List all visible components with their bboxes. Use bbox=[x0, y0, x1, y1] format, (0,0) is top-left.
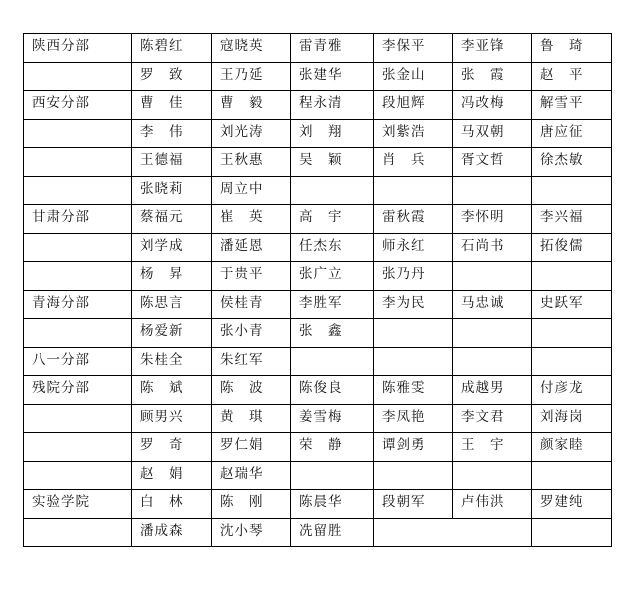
name-cell: 刘紫浩 bbox=[374, 119, 453, 148]
name-cell: 师永红 bbox=[374, 233, 453, 262]
name-cell bbox=[532, 262, 612, 291]
name-cell: 黄 琪 bbox=[212, 404, 291, 433]
name-cell: 朱桂全 bbox=[132, 347, 212, 376]
name-cell bbox=[453, 347, 532, 376]
name-cell: 曹 毅 bbox=[212, 91, 291, 120]
table-row: 残院分部陈 斌陈 波陈俊良陈雅雯成越男付彦龙 bbox=[24, 376, 612, 405]
name-cell: 冼留胜 bbox=[291, 518, 374, 547]
name-cell bbox=[453, 319, 532, 348]
name-cell: 雷秋霞 bbox=[374, 205, 453, 234]
table-row: 罗 奇罗仁娟荣 静谭剑勇王 宇颜家睦 bbox=[24, 433, 612, 462]
table-row: 西安分部曹 佳曹 毅程永清段旭辉冯改梅解雪平 bbox=[24, 91, 612, 120]
department-cell bbox=[24, 119, 132, 148]
name-cell: 周立中 bbox=[212, 176, 291, 205]
name-cell: 王 宇 bbox=[453, 433, 532, 462]
name-cell: 张金山 bbox=[374, 62, 453, 91]
table-row: 顾男兴黄 琪姜雪梅李凤艳李文君刘海岗 bbox=[24, 404, 612, 433]
name-cell: 张 霞 bbox=[453, 62, 532, 91]
name-cell bbox=[453, 262, 532, 291]
name-cell: 沈小琴 bbox=[212, 518, 291, 547]
department-cell: 残院分部 bbox=[24, 376, 132, 405]
name-cell bbox=[453, 461, 532, 490]
name-cell: 李 伟 bbox=[132, 119, 212, 148]
table-row: 实验学院白 林陈 刚陈晨华段朝军卢伟洪罗建纯 bbox=[24, 490, 612, 519]
name-cell: 李为民 bbox=[374, 290, 453, 319]
name-cell: 冯改梅 bbox=[453, 91, 532, 120]
name-cell: 张 鑫 bbox=[291, 319, 374, 348]
name-cell bbox=[374, 347, 453, 376]
name-cell: 石尚书 bbox=[453, 233, 532, 262]
name-cell bbox=[532, 461, 612, 490]
table-row: 杨 昇于贵平张广立张乃丹 bbox=[24, 262, 612, 291]
table-row: 甘肃分部蔡福元崔 英高 宇雷秋霞李怀明李兴福 bbox=[24, 205, 612, 234]
name-cell: 唐应征 bbox=[532, 119, 612, 148]
name-cell: 陈 刚 bbox=[212, 490, 291, 519]
name-cell bbox=[291, 347, 374, 376]
roster-body: 陕西分部陈碧红寇晓英雷青雅李保平李亚锋鲁 琦罗 致王乃延张建华张金山张 霞赵 平… bbox=[24, 34, 612, 547]
department-cell bbox=[24, 262, 132, 291]
table-row: 陕西分部陈碧红寇晓英雷青雅李保平李亚锋鲁 琦 bbox=[24, 34, 612, 63]
name-cell: 王秋惠 bbox=[212, 148, 291, 177]
department-cell bbox=[24, 404, 132, 433]
name-cell bbox=[532, 176, 612, 205]
name-cell: 段旭辉 bbox=[374, 91, 453, 120]
department-cell: 青海分部 bbox=[24, 290, 132, 319]
name-cell: 陈 斌 bbox=[132, 376, 212, 405]
name-cell: 赵 娟 bbox=[132, 461, 212, 490]
name-cell: 张乃丹 bbox=[374, 262, 453, 291]
name-cell bbox=[453, 176, 532, 205]
table-row: 李 伟刘光涛刘 翔刘紫浩马双朝唐应征 bbox=[24, 119, 612, 148]
name-cell: 谭剑勇 bbox=[374, 433, 453, 462]
name-cell: 赵 平 bbox=[532, 62, 612, 91]
name-cell bbox=[374, 461, 453, 490]
name-cell: 顾男兴 bbox=[132, 404, 212, 433]
name-cell: 卢伟洪 bbox=[453, 490, 532, 519]
name-cell bbox=[374, 518, 532, 547]
name-cell: 付彦龙 bbox=[532, 376, 612, 405]
name-cell: 李文君 bbox=[453, 404, 532, 433]
name-cell: 李保平 bbox=[374, 34, 453, 63]
name-cell: 颜家睦 bbox=[532, 433, 612, 462]
name-cell bbox=[532, 518, 612, 547]
name-cell: 段朝军 bbox=[374, 490, 453, 519]
name-cell: 刘 翔 bbox=[291, 119, 374, 148]
name-cell: 李怀明 bbox=[453, 205, 532, 234]
department-cell bbox=[24, 233, 132, 262]
name-cell: 寇晓英 bbox=[212, 34, 291, 63]
name-cell: 张广立 bbox=[291, 262, 374, 291]
name-cell: 陈 波 bbox=[212, 376, 291, 405]
name-cell: 胥文哲 bbox=[453, 148, 532, 177]
name-cell: 陈碧红 bbox=[132, 34, 212, 63]
name-cell: 鲁 琦 bbox=[532, 34, 612, 63]
department-cell: 陕西分部 bbox=[24, 34, 132, 63]
name-cell: 陈思言 bbox=[132, 290, 212, 319]
name-cell: 罗 奇 bbox=[132, 433, 212, 462]
department-cell bbox=[24, 62, 132, 91]
name-cell: 程永清 bbox=[291, 91, 374, 120]
department-cell bbox=[24, 319, 132, 348]
name-cell: 李凤艳 bbox=[374, 404, 453, 433]
name-cell: 解雪平 bbox=[532, 91, 612, 120]
department-cell bbox=[24, 148, 132, 177]
name-cell: 罗建纯 bbox=[532, 490, 612, 519]
name-cell: 潘延恩 bbox=[212, 233, 291, 262]
name-cell: 侯桂青 bbox=[212, 290, 291, 319]
name-cell: 马忠诚 bbox=[453, 290, 532, 319]
department-cell: 实验学院 bbox=[24, 490, 132, 519]
department-cell: 甘肃分部 bbox=[24, 205, 132, 234]
department-cell: 八一分部 bbox=[24, 347, 132, 376]
department-cell: 西安分部 bbox=[24, 91, 132, 120]
name-cell: 高 宇 bbox=[291, 205, 374, 234]
name-cell: 罗 致 bbox=[132, 62, 212, 91]
name-cell: 张建华 bbox=[291, 62, 374, 91]
name-cell: 蔡福元 bbox=[132, 205, 212, 234]
name-cell: 拓俊儒 bbox=[532, 233, 612, 262]
name-cell: 张小青 bbox=[212, 319, 291, 348]
name-cell: 陈雅雯 bbox=[374, 376, 453, 405]
table-row: 王德福王秋惠吴 颖肖 兵胥文哲徐杰敏 bbox=[24, 148, 612, 177]
table-row: 八一分部朱桂全朱红军 bbox=[24, 347, 612, 376]
name-cell bbox=[374, 176, 453, 205]
table-row: 青海分部陈思言侯桂青李胜军李为民马忠诚史跃军 bbox=[24, 290, 612, 319]
table-row: 潘成森沈小琴冼留胜 bbox=[24, 518, 612, 547]
name-cell bbox=[291, 461, 374, 490]
name-cell: 王乃延 bbox=[212, 62, 291, 91]
name-cell: 徐杰敏 bbox=[532, 148, 612, 177]
table-row: 张晓莉周立中 bbox=[24, 176, 612, 205]
name-cell: 陈俊良 bbox=[291, 376, 374, 405]
name-cell: 李胜军 bbox=[291, 290, 374, 319]
department-cell bbox=[24, 461, 132, 490]
name-cell bbox=[532, 319, 612, 348]
roster-table: 陕西分部陈碧红寇晓英雷青雅李保平李亚锋鲁 琦罗 致王乃延张建华张金山张 霞赵 平… bbox=[23, 33, 612, 547]
name-cell: 白 林 bbox=[132, 490, 212, 519]
table-row: 杨爱新张小青张 鑫 bbox=[24, 319, 612, 348]
name-cell: 杨 昇 bbox=[132, 262, 212, 291]
name-cell: 姜雪梅 bbox=[291, 404, 374, 433]
name-cell: 张晓莉 bbox=[132, 176, 212, 205]
name-cell: 史跃军 bbox=[532, 290, 612, 319]
department-cell bbox=[24, 433, 132, 462]
name-cell: 肖 兵 bbox=[374, 148, 453, 177]
name-cell bbox=[374, 319, 453, 348]
name-cell: 曹 佳 bbox=[132, 91, 212, 120]
name-cell: 于贵平 bbox=[212, 262, 291, 291]
name-cell bbox=[532, 347, 612, 376]
name-cell: 刘学成 bbox=[132, 233, 212, 262]
name-cell: 雷青雅 bbox=[291, 34, 374, 63]
table-row: 刘学成潘延恩任杰东师永红石尚书拓俊儒 bbox=[24, 233, 612, 262]
name-cell: 朱红军 bbox=[212, 347, 291, 376]
name-cell: 王德福 bbox=[132, 148, 212, 177]
name-cell: 马双朝 bbox=[453, 119, 532, 148]
name-cell: 赵瑞华 bbox=[212, 461, 291, 490]
name-cell: 陈晨华 bbox=[291, 490, 374, 519]
name-cell: 潘成森 bbox=[132, 518, 212, 547]
name-cell: 刘海岗 bbox=[532, 404, 612, 433]
name-cell: 罗仁娟 bbox=[212, 433, 291, 462]
department-cell bbox=[24, 176, 132, 205]
name-cell: 吴 颖 bbox=[291, 148, 374, 177]
name-cell: 李兴福 bbox=[532, 205, 612, 234]
name-cell: 李亚锋 bbox=[453, 34, 532, 63]
name-cell: 任杰东 bbox=[291, 233, 374, 262]
name-cell: 崔 英 bbox=[212, 205, 291, 234]
name-cell: 刘光涛 bbox=[212, 119, 291, 148]
table-row: 赵 娟赵瑞华 bbox=[24, 461, 612, 490]
table-row: 罗 致王乃延张建华张金山张 霞赵 平 bbox=[24, 62, 612, 91]
name-cell: 荣 静 bbox=[291, 433, 374, 462]
name-cell: 成越男 bbox=[453, 376, 532, 405]
name-cell: 杨爱新 bbox=[132, 319, 212, 348]
name-cell bbox=[291, 176, 374, 205]
department-cell bbox=[24, 518, 132, 547]
